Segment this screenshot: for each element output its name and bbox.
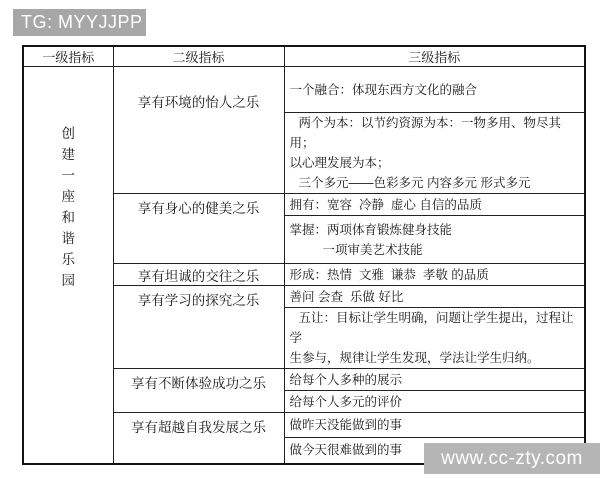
level3-cell-five-lets: 五让：目标让学生明确，问题让学生提出，过程让学 生参与，规律让学生发现，学法让学… xyxy=(284,308,585,369)
level1-char: 和 xyxy=(24,207,113,228)
level3-cell-evaluation: 给每个人多元的评价 xyxy=(284,391,585,413)
level3-cell-master: 掌握：两项体育锻炼健身技能 一项审美艺术技能 xyxy=(284,216,585,264)
level3-text: 生参与，规律让学生发现，学法让学生归纳。 xyxy=(290,348,582,368)
header-level2: 二级指标 xyxy=(113,46,284,67)
level1-char: 一 xyxy=(24,165,113,186)
level3-cell-two-bases: 两个为本：以节约资源为本：一物多用、物尽其用； 以心理发展为本； 三个多元——色… xyxy=(284,113,585,194)
table-row: 创 建 一 座 和 谐 乐 园 享有环境的怡人之乐 一个融合：体现东西方文化的融… xyxy=(23,67,585,113)
header-level3: 三级指标 xyxy=(284,46,585,67)
level3-cell-fusion: 一个融合：体现东西方文化的融合 xyxy=(284,67,585,113)
level1-char: 座 xyxy=(24,186,113,207)
level3-text: 给每个人多元的评价 xyxy=(290,392,582,412)
level1-char: 谐 xyxy=(24,228,113,249)
level3-text: 五让：目标让学生明确，问题让学生提出，过程让学 xyxy=(290,308,582,348)
level3-cell-yesterday: 做昨天没能做到的事 xyxy=(284,413,585,438)
level3-cell-display: 给每个人多种的展示 xyxy=(284,369,585,391)
header-level1: 一级指标 xyxy=(23,46,113,67)
level2-cell-beyond-self: 享有超越自我发展之乐 xyxy=(113,413,284,464)
level3-text: 善问 会查 乐做 好比 xyxy=(290,287,582,307)
level3-text: 三个多元——色彩多元 内容多元 形式多元 xyxy=(290,173,582,193)
level3-text: 以心理发展为本； xyxy=(290,153,582,173)
level3-text: 一个融合：体现东西方文化的融合 xyxy=(290,80,582,100)
indicator-table: 一级指标 二级指标 三级指标 创 建 一 座 和 谐 乐 园 享有环境的怡人之乐… xyxy=(22,45,586,465)
level2-cell-communication: 享有坦诚的交往之乐 xyxy=(113,264,284,286)
level3-text: 两个为本：以节约资源为本：一物多用、物尽其用； xyxy=(290,113,582,153)
level3-cell-possess: 拥有：宽容 冷静 虚心 自信的品质 xyxy=(284,194,585,216)
level3-text: 形成：热情 文雅 谦恭 孝敬 的品质 xyxy=(290,265,582,285)
level3-text: 一项审美艺术技能 xyxy=(323,240,582,260)
level3-text: 掌握：两项体育锻炼健身技能 xyxy=(290,220,582,240)
level1-char: 建 xyxy=(24,144,113,165)
level1-indicator-cell: 创 建 一 座 和 谐 乐 园 xyxy=(23,67,113,464)
level1-char: 创 xyxy=(24,123,113,144)
level3-text: 给每个人多种的展示 xyxy=(290,370,582,390)
page: { "badge": { "text": "TG: MYYJJPP", "bg_… xyxy=(0,0,600,480)
watermark: www.cc-zty.com xyxy=(424,443,600,474)
level1-char: 乐 xyxy=(24,249,113,270)
table-header-row: 一级指标 二级指标 三级指标 xyxy=(23,46,585,67)
level1-char: 园 xyxy=(24,270,113,291)
level2-cell-study: 享有学习的探究之乐 xyxy=(113,286,284,369)
level2-cell-success: 享有不断体验成功之乐 xyxy=(113,369,284,413)
tg-badge-text: TG: MYYJJPP xyxy=(21,12,143,32)
level2-cell-environment: 享有环境的怡人之乐 xyxy=(113,67,284,194)
level3-cell-form-qualities: 形成：热情 文雅 谦恭 孝敬 的品质 xyxy=(284,264,585,286)
level3-text: 做昨天没能做到的事 xyxy=(290,415,582,435)
tg-badge: TG: MYYJJPP xyxy=(13,9,146,36)
level3-cell-inquiry: 善问 会查 乐做 好比 xyxy=(284,286,585,308)
level3-text: 拥有：宽容 冷静 虚心 自信的品质 xyxy=(290,195,582,215)
level2-cell-body-mind: 享有身心的健美之乐 xyxy=(113,194,284,264)
watermark-text: www.cc-zty.com xyxy=(441,448,583,470)
